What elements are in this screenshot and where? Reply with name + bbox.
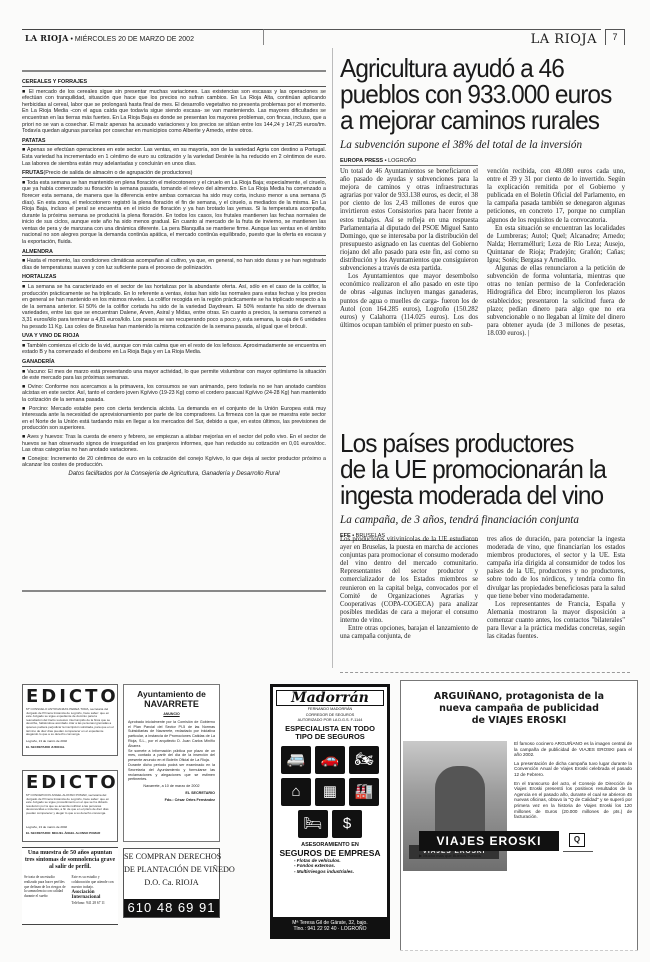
- paragraph: vención recibida, con 48.080 euros cada …: [487, 168, 625, 225]
- ad-viajes-eroski: ARGUIÑANO, protagonista de la nueva camp…: [400, 680, 638, 950]
- column-divider: [332, 48, 333, 668]
- paragraph: ■ Hasta el momento, las condiciones clim…: [22, 258, 326, 271]
- service-list: - Flotas de vehículos. - Fondos externos…: [276, 858, 384, 875]
- paragraph-conejos: ■ Conejos: Incremento de 20 céntimos de …: [22, 456, 326, 469]
- edicto-signature: EL SECRETARIO: MIGUEL ÁNGEL ALONSO POMAR: [26, 832, 114, 836]
- divider: [563, 851, 593, 852]
- ad-title: Ayuntamiento de: [128, 689, 215, 699]
- van-icon: 🚐: [281, 746, 311, 774]
- newspaper-brand: LA RIOJA: [25, 33, 69, 43]
- car-icon: 🚗: [315, 746, 345, 774]
- section-title-hortalizas: HORTALIZAS: [22, 273, 326, 282]
- paragraph-aves: ■ Aves y huevos: Tras la cuesta de enero…: [22, 434, 326, 454]
- paragraph: ■ También comienza el ciclo de la vid, a…: [22, 343, 326, 356]
- town-name: NAVARRETE: [128, 699, 215, 710]
- subheadline: La subvención supone el 38% del total de…: [340, 137, 605, 152]
- ad-study: Una muestra de 50 años apuntan tres sínt…: [22, 847, 118, 925]
- edition-date: • MIÉRCOLES 20 DE MARZO DE 2002: [71, 36, 194, 43]
- section-title-uva-vino: UVA Y VINO DE RIOJA: [22, 332, 326, 341]
- edicto-signature: EL SECRETARIO JUDICIAL: [26, 746, 114, 750]
- section-name: LA RIOJA: [531, 32, 597, 47]
- ad-column-2: Este es su estudio y colaboración que at…: [72, 875, 117, 906]
- notice-text: Durante dicho período podrá ser examinad…: [128, 763, 215, 782]
- house-icon: ⌂: [281, 778, 311, 806]
- paragraph-porcino: ■ Porcino: Mercado estable pero con cier…: [22, 406, 326, 432]
- divider: [340, 672, 630, 673]
- ad-headline: ARGUIÑANO, protagonista de la nueva camp…: [401, 691, 637, 727]
- divider: [22, 590, 326, 592]
- body-column-1: Un total de 46 Ayuntamientos se benefici…: [340, 168, 478, 338]
- header-rule: [264, 29, 601, 30]
- signature-title: EL SECRETARIO: [128, 791, 215, 796]
- body-column-1: Los productores vitivinícolas de la UE e…: [340, 536, 478, 641]
- insurance-icons: 🚐 🚗 🏍 ⌂ ▦ 🏭 🛏 $: [276, 746, 384, 838]
- edicto-text: Mª CONCEPCIÓN ÁNGEL ALONSO POMAR, secret…: [26, 794, 114, 826]
- license: AUTORIZADO POR LA D.G.S. F-1144: [276, 718, 384, 723]
- article-body: Un total de 46 Ayuntamientos se benefici…: [340, 168, 625, 338]
- paragraph: Entre otras opciones, barajan el lanzami…: [340, 625, 478, 641]
- signature-name: Fdo.: César Ortes Fernández: [128, 798, 215, 803]
- article-body: Los productores vitivinícolas de la UE e…: [340, 536, 625, 641]
- ad-title: Una muestra de 50 años apuntan tres sínt…: [24, 850, 116, 871]
- madorran-logo: Madorrán: [276, 690, 384, 706]
- paragraph: Los productores vitivinícolas de la UE e…: [340, 536, 478, 625]
- section-title-ganaderia: GANADERÍA: [22, 358, 326, 367]
- headline: Agricultura ayudó a 46 pueblos con 933.0…: [340, 55, 608, 133]
- edicto-date: Logroño, 13 de marzo de 2002: [26, 826, 114, 830]
- icon-row: 🛏 $: [281, 810, 379, 838]
- page-number: 7: [605, 29, 625, 45]
- article-vino: Los países productores de la UE promocio…: [340, 430, 625, 541]
- role: CORREDOR DE SEGUROS: [276, 713, 384, 718]
- masthead: LA RIOJA • MIÉRCOLES 20 DE MARZO DE 2002…: [22, 27, 627, 47]
- notice-date: Navarrete, a 10 de marzo de 2002: [128, 784, 215, 789]
- section-title-patatas: PATATAS: [22, 137, 326, 146]
- paragraph: Los Ayuntamientos que mayor desembolso e…: [340, 273, 478, 330]
- edicto-text: Mª CONSUELO ANTOÑANZAS PÉREZ-TORÁ, secre…: [26, 708, 114, 740]
- section-title-almendra: ALMENDRA: [22, 248, 326, 257]
- paragraph: Algunas de ellas renunciaron a la petici…: [487, 265, 625, 338]
- eroski-logo: VIAJES EROSKI ▶ Mucho más que Buenos Pre…: [419, 831, 559, 858]
- notice-heading: ANUNCIO: [128, 712, 215, 717]
- subheadline: La campaña, de 3 años, tendrá financiaci…: [340, 512, 605, 527]
- section-title-cereales: CEREALES Y FORRAJES: [22, 78, 326, 87]
- paragraph: ■ El mercado de los cereales sigue sin p…: [22, 89, 326, 135]
- body-column-2: tres años de duración, para potenciar la…: [487, 536, 625, 641]
- paragraph: tres años de duración, para potenciar la…: [487, 536, 625, 601]
- business-insurance-text: SEGUROS DE EMPRESA: [276, 848, 384, 858]
- ad-derechos-vinedo: SE COMPRAN DERECHOS DE PLANTACIÓN DE VIÑ…: [123, 848, 220, 918]
- section-title-frutas: FRUTAS(Precio de salida de almacén o de …: [22, 169, 326, 178]
- ad-line: D.O. Ca. RIOJA: [124, 875, 219, 888]
- ad-text: El famoso cocinero ARGUIÑANO es la image…: [514, 741, 632, 823]
- notice-text: Aprobado inicialmente por la Comisión de…: [128, 720, 215, 749]
- article-agricultura: Agricultura ayudó a 46 pueblos con 933.0…: [340, 55, 625, 166]
- ad-ayuntamiento-navarrete: Ayuntamiento de NAVARRETE ANUNCIO Aproba…: [123, 684, 220, 842]
- ad-body: Se trata de un estudio realizado para ha…: [24, 875, 116, 906]
- edicto-title: EDICTO: [26, 774, 114, 792]
- specialist-text: ESPECIALISTA EN TODO TIPO DE SEGUROS: [276, 725, 384, 742]
- owner: FERNANDO MADORRÁN: [276, 707, 384, 712]
- paragraph: ■ Toda esta semana se han mantenido en p…: [22, 180, 326, 246]
- bed-icon: 🛏: [298, 810, 328, 838]
- source-credit: Datos facilitados por la Consejería de A…: [22, 471, 326, 478]
- ad-madorran-seguros: Madorrán FERNANDO MADORRÁN CORREDOR DE S…: [270, 684, 390, 939]
- quality-mark-icon: Q: [569, 833, 585, 847]
- body-column-2: vención recibida, con 48.080 euros cada …: [487, 168, 625, 338]
- ad-content: Madorrán FERNANDO MADORRÁN CORREDOR DE S…: [273, 687, 387, 917]
- paragraph: En esta situación se encuentran las loca…: [487, 225, 625, 265]
- paragraph: Un total de 46 Ayuntamientos se benefici…: [340, 168, 478, 273]
- ad-phone: 610 48 69 91: [124, 899, 219, 917]
- notice-text: Se somete a información pública por plaz…: [128, 749, 215, 763]
- byline: EUROPA PRESS • LOGROÑO: [340, 158, 478, 166]
- factory-icon: 🏭: [349, 778, 379, 806]
- paragraph: Los representantes de Francia, España y …: [487, 601, 625, 641]
- phone: Tlno.: 941 22 92 40 · LOGROÑO: [273, 926, 387, 932]
- masthead-left: LA RIOJA • MIÉRCOLES 20 DE MARZO DE 2002: [22, 29, 264, 45]
- divider: [400, 950, 638, 951]
- ad-column-1: Se trata de un estudio realizado para ha…: [24, 875, 69, 906]
- ad-phone: Teléfono: 941 28 67 11: [72, 901, 117, 906]
- paragraph-vacuno: ■ Vacuno: El mes de marzo está presentan…: [22, 369, 326, 382]
- money-bag-icon: $: [332, 810, 362, 838]
- ad-edicto-2: EDICTO Mª CONCEPCIÓN ÁNGEL ALONSO POMAR,…: [22, 770, 118, 842]
- section-note: (Precio de salida de almacén o de agrupa…: [43, 170, 192, 176]
- building-icon: ▦: [315, 778, 345, 806]
- paragraph-ovino: ■ Ovino: Conforme nos acercamos a la pri…: [22, 384, 326, 404]
- tagline: ▶ Mucho más que Buenos Precios: [419, 853, 559, 858]
- ad-line: DE PLANTACIÓN DE VIÑEDO: [124, 862, 219, 875]
- association-logo: Asociación Internacional: [72, 891, 117, 901]
- paragraph: ■ La semana se ha caracterizado en el se…: [22, 284, 326, 330]
- ad-line: SE COMPRAN DERECHOS: [124, 849, 219, 862]
- headline: Los países productores de la UE promocio…: [340, 430, 608, 508]
- edicto-title: EDICTO: [26, 688, 114, 706]
- logo-bar: VIAJES EROSKI: [419, 831, 559, 851]
- paragraph: ■ Apenas se efectúan operaciones en este…: [22, 147, 326, 167]
- market-report: CEREALES Y FORRAJES ■ El mercado de los …: [22, 70, 326, 590]
- motorcycle-icon: 🏍: [349, 746, 379, 774]
- edicto-date: Logroño, 13 de marzo de 2002: [26, 740, 114, 744]
- ad-edicto-1: EDICTO Mª CONSUELO ANTOÑANZAS PÉREZ-TORÁ…: [22, 684, 118, 756]
